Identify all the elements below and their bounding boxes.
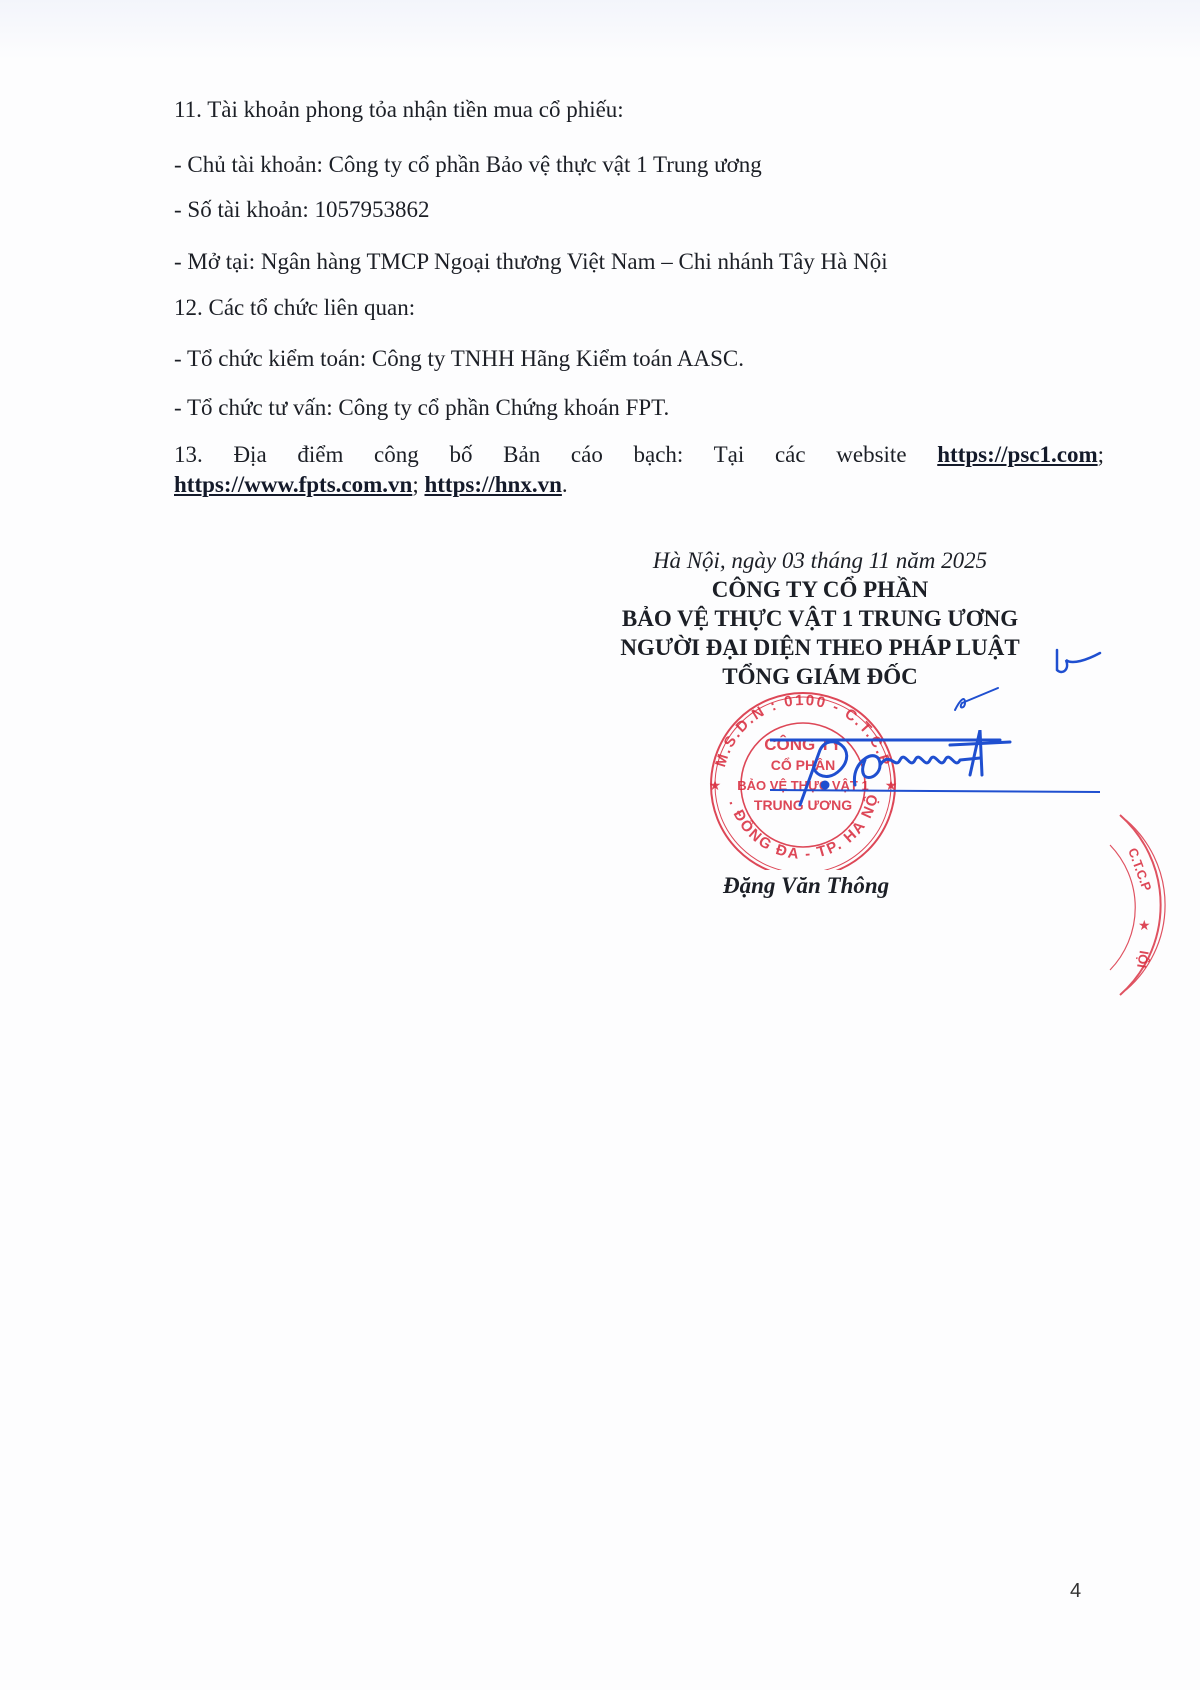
svg-text:CỔ PHẦN: CỔ PHẦN — [771, 756, 836, 773]
svg-text:★: ★ — [1138, 917, 1151, 933]
partial-seal-icon: C.T.C.P ★ IỘI — [1100, 800, 1200, 1000]
company-line-2: BẢO VỆ THỰC VẬT 1 TRUNG ƯƠNG — [560, 604, 1080, 633]
svg-text:★: ★ — [709, 777, 722, 793]
link-hnx[interactable]: https://hnx.vn — [424, 472, 561, 497]
role-line: NGƯỜI ĐẠI DIỆN THEO PHÁP LUẬT — [560, 633, 1080, 662]
bank-line: - Mở tại: Ngân hàng TMCP Ngoại thương Vi… — [174, 248, 888, 276]
svg-text:CÔNG TY: CÔNG TY — [764, 735, 842, 754]
svg-text:BẢO VỆ THỰC VẬT 1: BẢO VỆ THỰC VẬT 1 — [737, 778, 868, 793]
auditor-line: - Tổ chức kiểm toán: Công ty TNHH Hãng K… — [174, 345, 744, 373]
account-number-line: - Số tài khoản: 1057953862 — [174, 196, 430, 224]
advisor-line: - Tổ chức tư vấn: Công ty cổ phần Chứng … — [174, 394, 669, 422]
account-holder-line: - Chủ tài khoản: Công ty cổ phần Bảo vệ … — [174, 151, 762, 179]
company-seal-icon: M.S.D.N : 0100 - C.T.C.P Q. ĐỐNG ĐA - TP… — [693, 690, 913, 870]
svg-text:C.T.C.P: C.T.C.P — [1125, 846, 1155, 894]
section-11-heading: 11. Tài khoản phong tỏa nhận tiền mua cổ… — [174, 96, 624, 124]
separator: ; — [1098, 442, 1104, 467]
section-12-heading: 12. Các tổ chức liên quan: — [174, 294, 415, 322]
separator: ; — [412, 472, 418, 497]
signature-block: Hà Nội, ngày 03 tháng 11 năm 2025 CÔNG T… — [560, 547, 1080, 691]
svg-text:★: ★ — [885, 777, 898, 793]
svg-text:IỘI: IỘI — [1134, 949, 1152, 969]
svg-text:Q. ĐỐNG ĐA - TP. HÀ NỘI: Q. ĐỐNG ĐA - TP. HÀ NỘI — [693, 690, 882, 863]
page-number: 4 — [1070, 1580, 1081, 1603]
handwritten-signature-icon — [770, 730, 1100, 840]
svg-text:TRUNG ƯƠNG: TRUNG ƯƠNG — [754, 797, 852, 813]
svg-text:M.S.D.N : 0100 - C.T.C.P: M.S.D.N : 0100 - C.T.C.P — [712, 692, 894, 769]
section-13-text: 13. Địa điểm công bố Bản cáo bạch: Tại c… — [174, 442, 907, 467]
link-psc1[interactable]: https://psc1.com — [937, 442, 1097, 467]
company-line-1: CÔNG TY CỔ PHẦN — [560, 575, 1080, 604]
period: . — [562, 472, 568, 497]
document-page: 11. Tài khoản phong tỏa nhận tiền mua cổ… — [0, 0, 1200, 1690]
section-13-paragraph: 13. Địa điểm công bố Bản cáo bạch: Tại c… — [174, 441, 1104, 469]
date-line: Hà Nội, ngày 03 tháng 11 năm 2025 — [560, 547, 1080, 575]
link-fpts[interactable]: https://www.fpts.com.vn — [174, 472, 412, 497]
section-13-continuation: https://www.fpts.com.vn; https://hnx.vn. — [174, 471, 568, 499]
title-line: TỔNG GIÁM ĐỐC — [560, 662, 1080, 691]
signer-name: Đặng Văn Thông — [723, 873, 889, 899]
